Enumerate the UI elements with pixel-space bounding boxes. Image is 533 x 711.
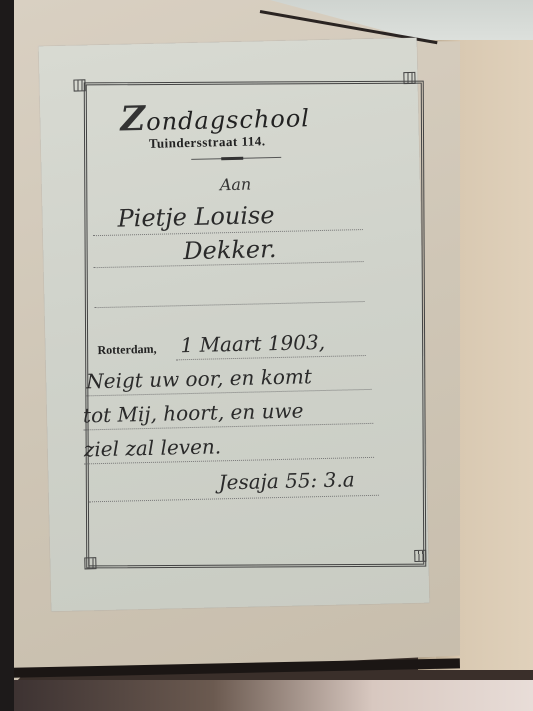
title-rest: ondagschool bbox=[146, 104, 310, 136]
divider-accent bbox=[221, 157, 243, 160]
title-initial: Z bbox=[120, 99, 147, 140]
place-label: Rotterdam, bbox=[97, 342, 156, 358]
frame-corner-icon bbox=[403, 72, 415, 84]
date: 1 Maart 1903, bbox=[180, 330, 325, 357]
aan-label: Aan bbox=[220, 175, 252, 195]
verse-line-3: ziel zal leven. bbox=[84, 434, 222, 461]
frame-corner-icon bbox=[84, 557, 96, 569]
frame-corner-icon bbox=[414, 550, 426, 562]
verse-line-1: Neigt uw oor, en komt bbox=[86, 364, 312, 393]
scripture-reference: Jesaja 55: 3.a bbox=[218, 467, 355, 494]
plate-address: Tuindersstraat 114. bbox=[149, 133, 266, 152]
verse-line-2: tot Mij, hoort, en uwe bbox=[83, 398, 304, 427]
recipient-line-1: Pietje Louise bbox=[117, 201, 275, 233]
frame-corner-icon bbox=[73, 79, 85, 91]
background-table bbox=[0, 680, 533, 711]
inscription-plate: Zondagschool Tuindersstraat 114. Aan Pie… bbox=[39, 38, 430, 611]
book-cover-left bbox=[0, 0, 14, 711]
recipient-line-2: Dekker. bbox=[183, 235, 277, 265]
plate-title: Zondagschool bbox=[120, 95, 310, 139]
